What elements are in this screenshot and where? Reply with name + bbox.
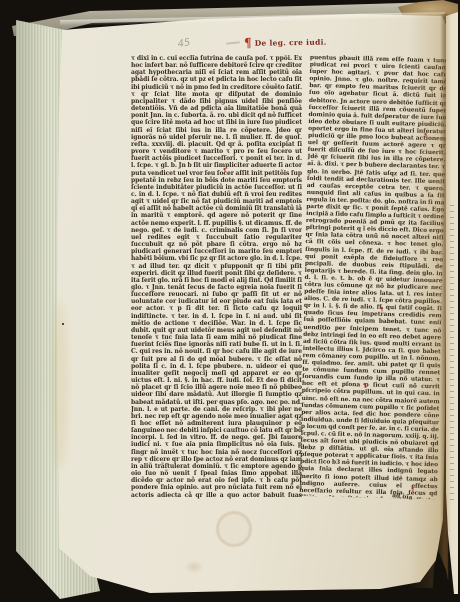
circular-stain xyxy=(216,511,252,547)
running-header: ¶ De leg. cre iudi. xyxy=(244,32,354,52)
rubric-paraph-icon: ¶ xyxy=(223,169,227,175)
rubric-paraph-icon: ¶ xyxy=(244,37,252,50)
rubric-paraph-icon: ¶ xyxy=(380,308,384,314)
running-header-text: De leg. cre iudi. xyxy=(255,37,327,47)
facing-page-text-specks xyxy=(450,205,454,505)
small-stain xyxy=(184,560,204,574)
page-edge-stain xyxy=(52,300,68,470)
text-column-left: τ dixi in c. cui ecclĩa ſutrina de cauſa… xyxy=(131,55,302,499)
ink-speck xyxy=(62,323,64,325)
rubric-paraph-icon: ¶ xyxy=(363,384,367,390)
photo-of-open-book: ¶ De leg. cre iudi. 45 τ dixi in c. cui … xyxy=(0,0,460,602)
